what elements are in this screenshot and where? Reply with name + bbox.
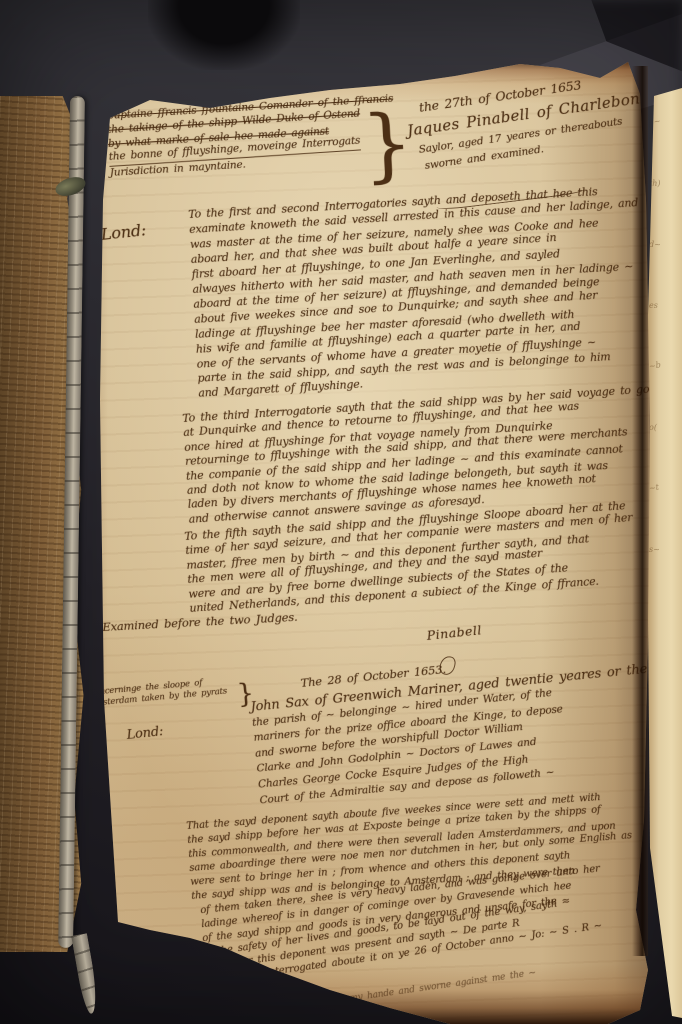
manuscript-line: ~t [648,480,679,493]
manuscript-page: Captaine ffrancis ffountaine Comander of… [88,60,654,1024]
entry2-margin-place: Lond: [126,724,164,743]
camera-shadow-blob [148,0,300,70]
entry2-margin-note: Concerninge the sloope ofAmsterdam taken… [88,675,241,710]
manuscript-line: e~ [648,114,679,127]
entry1-signature: Pinabell [426,622,483,643]
book-photo: e~th)d~es~bo(~ts~ Captaine ffrancis ffou… [0,0,682,1024]
manuscript-line: ~b [648,358,679,371]
manuscript-line: s~ [649,545,679,554]
entry1-margin-place: Lond: [100,220,147,244]
entry1-paragraph-1: To the first and second Interrogatories … [188,182,656,402]
manuscript-line: es [649,301,679,310]
brace-glyph: } [360,105,415,184]
book-fore-edge [0,96,116,952]
binding-cord-tail [71,933,101,1015]
facing-page: e~th)d~es~bo(~ts~ [646,88,682,1018]
gutter-crease [632,66,648,956]
entry2-body-paragraph: That the sayd deponent sayth aboute five… [186,787,675,989]
manuscript-line: o( [649,423,679,432]
manuscript-line: d~ [649,240,679,249]
manuscript-line: th) [649,179,679,188]
